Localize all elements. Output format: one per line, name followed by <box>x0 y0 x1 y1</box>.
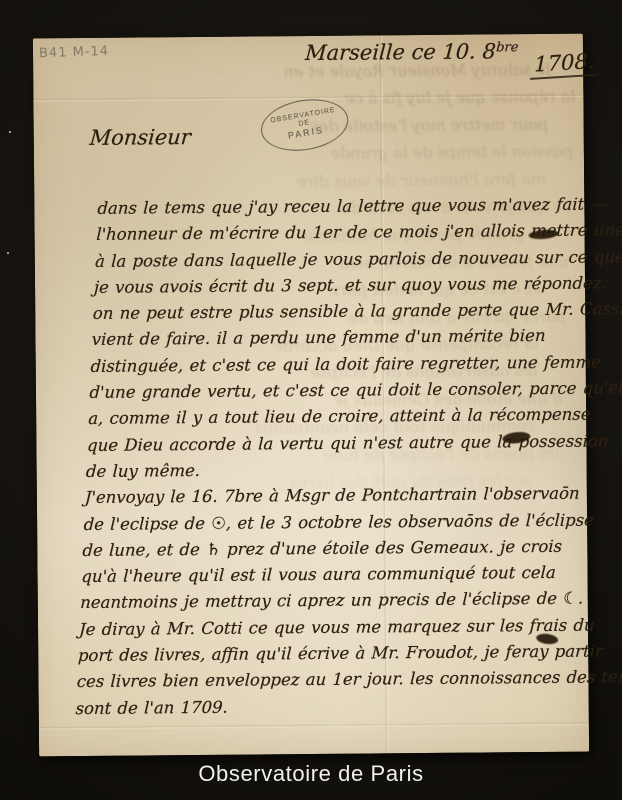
dateline-text: Marseille ce 10. 8 <box>304 39 496 65</box>
stamp-line-bottom: PARIS <box>287 125 324 141</box>
dateline: Marseille ce 10. 8bre 1708. <box>304 39 594 69</box>
observatoire-stamp: OBSERVATOIRE DE PARIS <box>257 93 352 157</box>
fold-crease-horizontal <box>39 722 589 731</box>
letter-line: J'envoyay le 16. 7bre à Msgr de Pontchar… <box>84 481 587 512</box>
photo-mat: le saluray Monsieur Royale et en la répo… <box>0 0 622 800</box>
letter-line: vient de faire. il a perdu une femme d'u… <box>91 323 594 354</box>
letter-line: ces livres bien enveloppez au 1er jour. … <box>76 665 579 696</box>
greeting: Monsieur <box>89 125 192 150</box>
dateline-year: 1708. <box>530 49 598 80</box>
dateline-superscript: bre <box>496 40 519 55</box>
shelfmark: B41 M-14 <box>39 44 110 61</box>
caption: Observatoire de Paris <box>0 761 622 787</box>
letter-line: a, comme il y a tout lieu de croire, att… <box>88 402 591 433</box>
letter-line: neantmoins je mettray ci aprez un precis… <box>80 586 583 617</box>
dust-speck <box>7 252 9 254</box>
letter-body: dans le tems que j'ay receu la lettre qu… <box>75 191 600 722</box>
dust-speck <box>9 131 11 133</box>
letter-line: sont de l'an 1709. <box>75 691 578 722</box>
letter-page: le saluray Monsieur Royale et en la répo… <box>33 34 589 757</box>
letter-line: l'honneur de m'écrire du 1er de ce mois … <box>96 218 599 249</box>
